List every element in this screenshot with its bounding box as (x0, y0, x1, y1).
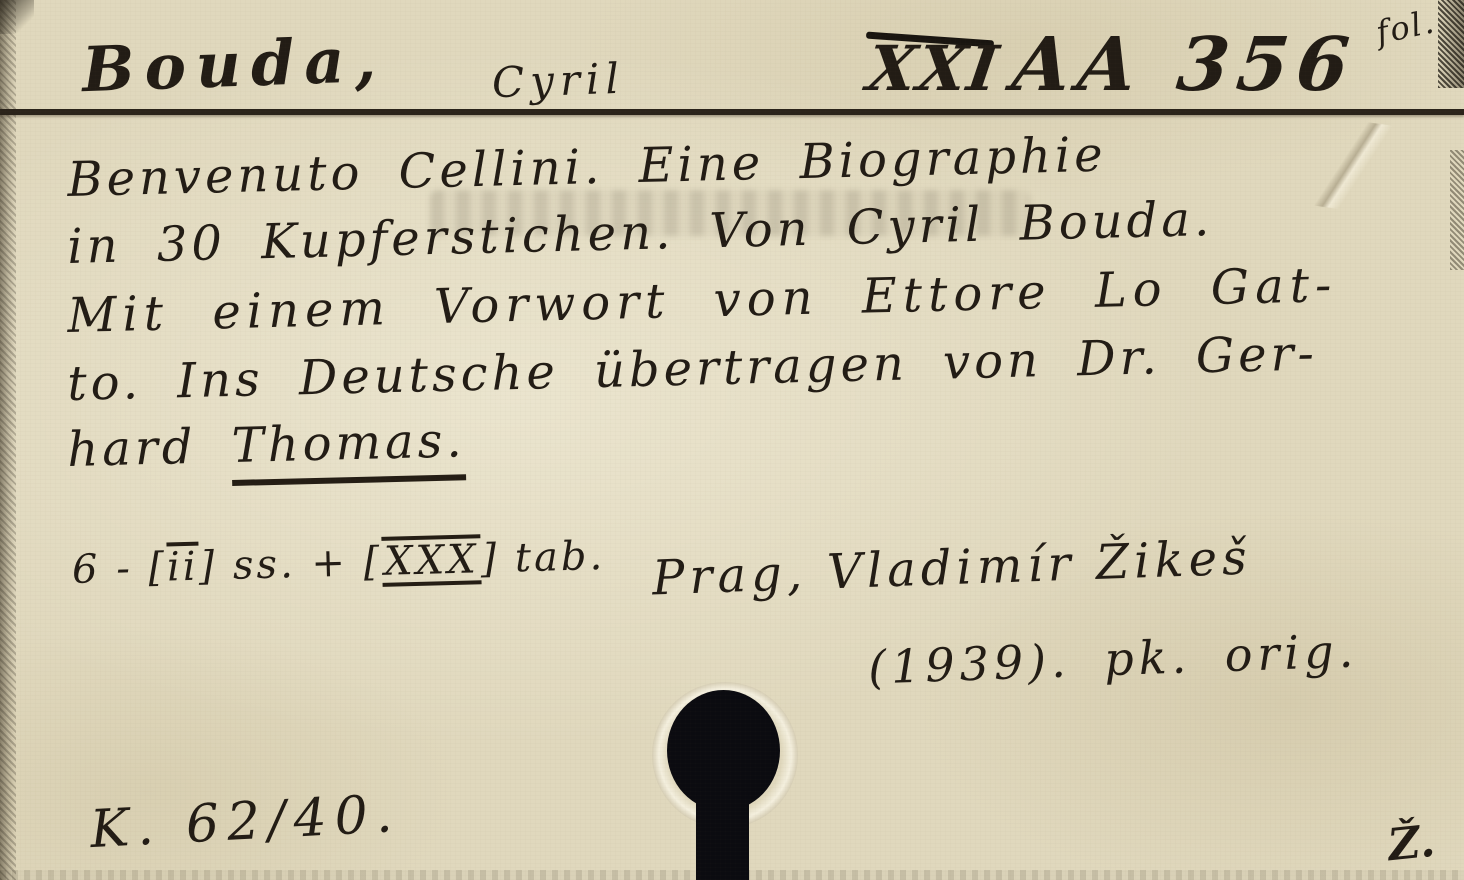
paper-crease (1259, 109, 1440, 222)
collation-open: 6 - [ (71, 545, 167, 593)
header-rule (0, 109, 1464, 115)
title-line-5-prefix: hard (67, 418, 233, 478)
collation-plates-roman: XXX (382, 534, 482, 587)
author-surname: Bouda, (81, 23, 387, 107)
collation-pages-roman: ii (166, 542, 199, 588)
author-forename: Cyril (491, 54, 625, 108)
title-line-5: hard Thomas. (67, 412, 467, 478)
scan-left-edge (0, 0, 16, 880)
call-number-class: XXI (863, 32, 1004, 105)
translator-surname-underlined: Thomas. (231, 412, 466, 486)
scan-corner-top-left (0, 0, 34, 34)
cataloguer-initial: Ž. (1385, 816, 1437, 872)
punch-hole-slot (696, 790, 749, 880)
call-number-format: fol. (1373, 2, 1439, 52)
call-number-shelf: AA 356 (1009, 22, 1361, 108)
scan-right-edge-patch (1450, 150, 1464, 270)
collation-close: ] tab. (480, 533, 606, 582)
catalog-card: Bouda, Cyril XXIAA 356 fol. Benvenuto Ce… (0, 0, 1464, 880)
accession-number: K. 62/40. (89, 784, 402, 860)
imprint-place-publisher: Prag, Vladimír Žikeš (651, 530, 1252, 607)
collation-statement: 6 - [ii] ss. + [XXX] tab. (71, 531, 605, 595)
scan-corner-top-right (1438, 0, 1464, 88)
imprint-year-note: (1939). pk. orig. (867, 623, 1359, 694)
collation-mid: ] ss. + [ (198, 539, 383, 590)
call-number: XXIAA 356 (868, 22, 1356, 108)
